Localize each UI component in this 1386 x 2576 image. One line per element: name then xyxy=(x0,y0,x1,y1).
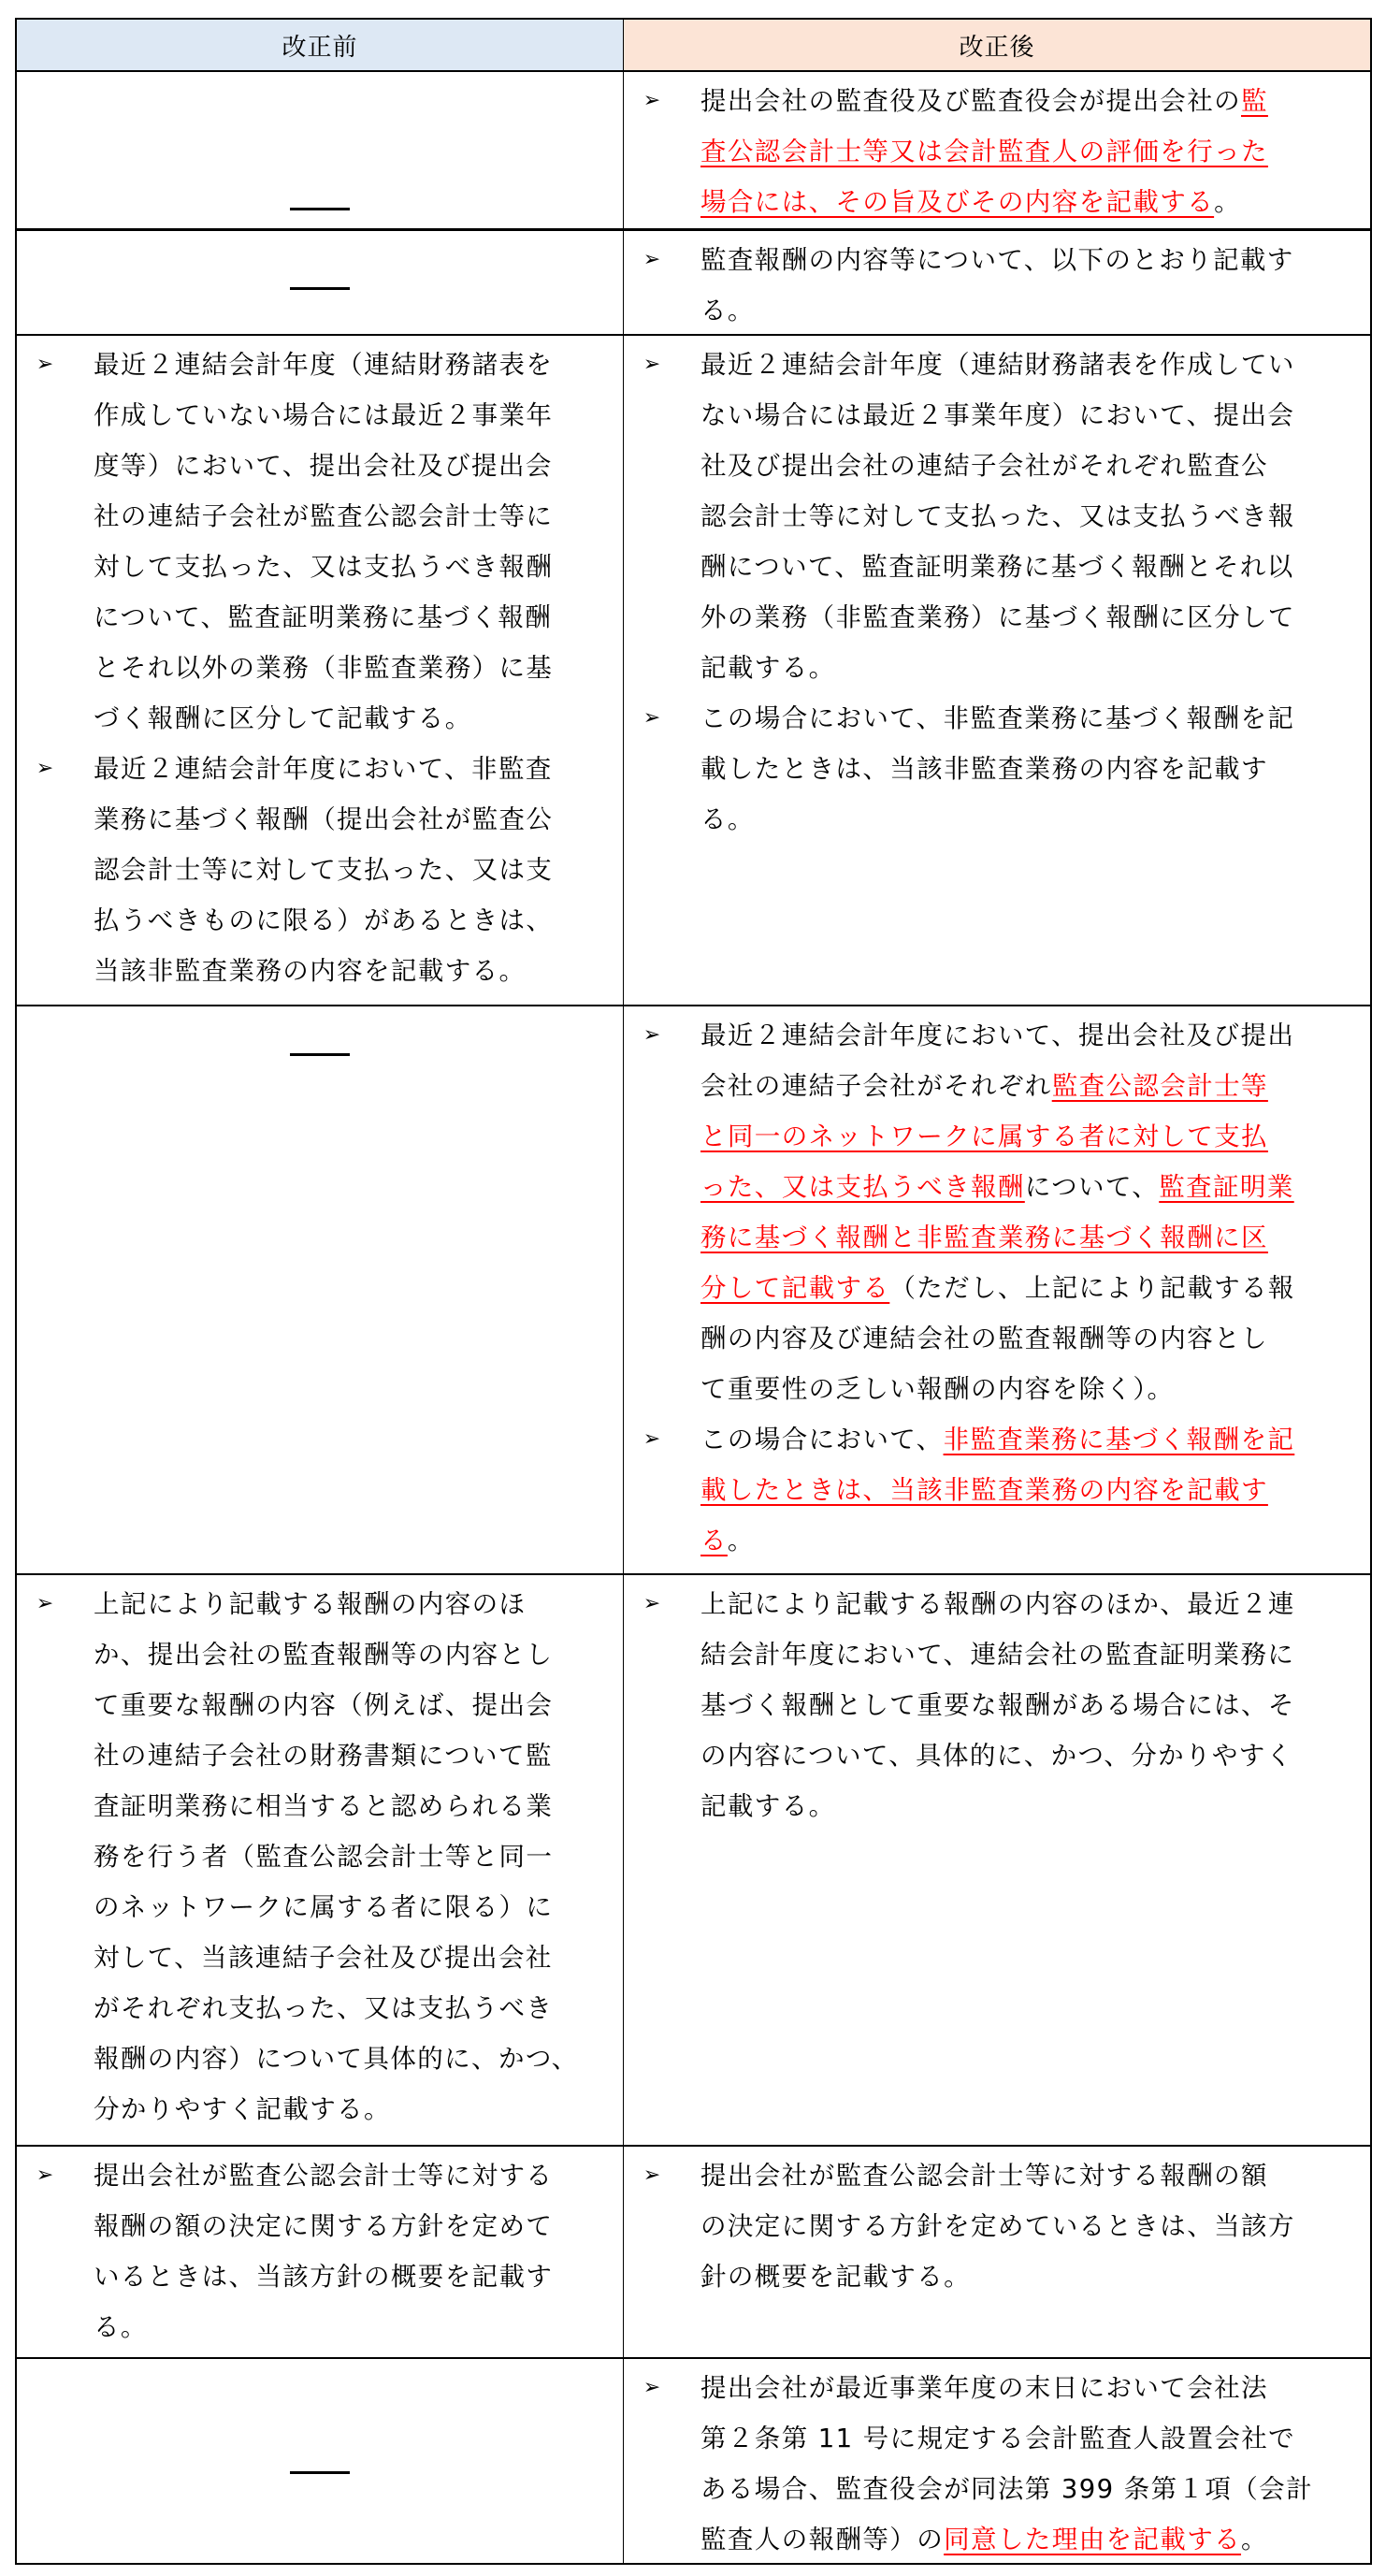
text-line: 対して、当該連結子会社及び提出会社 xyxy=(94,1932,614,1983)
not-applicable-dash xyxy=(290,208,350,210)
text-line: 載したときは、当該非監査業務の内容を記載す xyxy=(700,744,1361,794)
text-segment: 最近２連結会計年度において、非監査 xyxy=(94,754,553,784)
text-segment: 提出会社が最近事業年度の末日において会社法 xyxy=(700,2373,1268,2403)
cell-before: ➢提出会社が監査公認会計士等に対する報酬の額の決定に関する方針を定めているときは… xyxy=(17,2147,624,2357)
not-applicable-dash xyxy=(290,1053,350,1056)
arrow-bullet-icon: ➢ xyxy=(641,2150,663,2201)
text-segment: 務を行う者（監査公認会計士等と同一 xyxy=(94,1842,553,1872)
text-segment: 社の連結子会社の財務書類について監 xyxy=(94,1741,553,1771)
table-row: ➢上記により記載する報酬の内容のほか、提出会社の監査報酬等の内容として重要な報酬… xyxy=(17,1575,1370,2147)
text-line: 分かりやすく記載する。 xyxy=(94,2084,614,2135)
text-line: 報酬の内容）について具体的に、かつ、 xyxy=(94,2033,614,2084)
table-header-row: 改正前 改正後 xyxy=(17,20,1370,72)
table-row: ➢最近２連結会計年度において、提出会社及び提出会社の連結子会社がそれぞれ監査公認… xyxy=(17,1006,1370,1575)
highlighted-revision-text: 非監査業務に基づく報酬を記 xyxy=(944,1425,1295,1454)
comparison-table: 改正前 改正後 ➢提出会社の監査役及び監査役会が提出会社の監査公認会計士等又は会… xyxy=(15,18,1372,2565)
text-line: 認会計士等に対して支払った、又は支払うべき報 xyxy=(700,491,1361,542)
table-row: ➢提出会社が監査公認会計士等に対する報酬の額の決定に関する方針を定めているときは… xyxy=(17,2147,1370,2359)
cell-after: ➢監査報酬の内容等について、以下のとおり記載する。 xyxy=(624,231,1370,334)
text-line: る。 xyxy=(700,285,1361,336)
text-line: 社の連結子会社の財務書類について監 xyxy=(94,1730,614,1781)
highlighted-revision-text: 監査公認会計士等 xyxy=(1052,1071,1268,1101)
highlighted-revision-text: 監査証明業 xyxy=(1159,1172,1294,1202)
text-segment: 社の連結子会社が監査公認会計士等に xyxy=(94,501,553,531)
text-segment: 酬について、監査証明業務に基づく報酬とそれ以 xyxy=(700,552,1294,582)
text-line: 記載する。 xyxy=(700,643,1361,693)
text-segment: 報酬の額の決定に関する方針を定めて xyxy=(94,2211,553,2241)
text-segment: この場合において、 xyxy=(700,1425,944,1454)
text-line: 査証明業務に相当すると認められる業 xyxy=(94,1781,614,1831)
text-segment: 提出会社が監査公認会計士等に対する xyxy=(94,2161,553,2191)
text-line: 社及び提出会社の連結子会社がそれぞれ監査公 xyxy=(700,441,1361,491)
text-segment: いるときは、当該方針の概要を記載す xyxy=(94,2262,553,2292)
text-segment: づく報酬に区分して記載する。 xyxy=(94,703,472,733)
arrow-bullet-icon: ➢ xyxy=(641,235,663,285)
not-applicable-dash xyxy=(290,2471,350,2474)
text-line: 載したときは、当該非監査業務の内容を記載す xyxy=(700,1465,1361,1515)
text-line: 報酬の額の決定に関する方針を定めて xyxy=(94,2201,614,2251)
text-line: 提出会社が監査公認会計士等に対する xyxy=(94,2150,614,2201)
bullet-list: ➢最近２連結会計年度（連結財務諸表を作成していない場合には最近２事業年度）におい… xyxy=(624,336,1370,845)
text-segment: について、監査証明業務に基づく報酬 xyxy=(94,602,552,632)
cell-after: ➢提出会社の監査役及び監査役会が提出会社の監査公認会計士等又は会計監査人の評価を… xyxy=(624,72,1370,228)
arrow-bullet-icon: ➢ xyxy=(641,1579,663,1629)
cell-after: ➢最近２連結会計年度において、提出会社及び提出会社の連結子会社がそれぞれ監査公認… xyxy=(624,1006,1370,1573)
bullet-list: ➢上記により記載する報酬の内容のほか、最近２連結会計年度において、連結会社の監査… xyxy=(624,1575,1370,1831)
text-line: る。 xyxy=(700,794,1361,845)
text-line: 最近２連結会計年度（連結財務諸表を xyxy=(94,340,614,390)
text-line: 上記により記載する報酬の内容のほ xyxy=(94,1579,614,1629)
text-segment: 認会計士等に対して支払った、又は支 xyxy=(94,855,553,885)
arrow-bullet-icon: ➢ xyxy=(641,340,663,390)
text-segment: 当該非監査業務の内容を記載する。 xyxy=(94,956,526,986)
text-line: 務を行う者（監査公認会計士等と同一 xyxy=(94,1831,614,1882)
text-segment: 分かりやすく記載する。 xyxy=(94,2094,391,2124)
text-line: か、提出会社の監査報酬等の内容とし xyxy=(94,1629,614,1680)
bullet-list: ➢提出会社が最近事業年度の末日において会社法第２条第 11 号に規定する会計監査… xyxy=(624,2359,1370,2565)
text-segment: 会社の連結子会社がそれぞれ xyxy=(700,1071,1052,1101)
cell-before xyxy=(17,1006,624,1573)
text-segment: とそれ以外の業務（非監査業務）に基 xyxy=(94,653,553,683)
arrow-bullet-icon: ➢ xyxy=(641,1414,663,1465)
bullet-list: ➢提出会社が監査公認会計士等に対する報酬の額の決定に関する方針を定めているときは… xyxy=(17,2147,623,2352)
text-segment: 社及び提出会社の連結子会社がそれぞれ監査公 xyxy=(700,451,1268,481)
text-line: がそれぞれ支払った、又は支払うべき xyxy=(94,1983,614,2033)
list-item: ➢最近２連結会計年度において、提出会社及び提出会社の連結子会社がそれぞれ監査公認… xyxy=(624,1010,1370,1414)
text-line: 作成していない場合には最近２事業年 xyxy=(94,390,614,441)
text-line: 提出会社の監査役及び監査役会が提出会社の監 xyxy=(700,76,1361,126)
highlighted-revision-text: 場合には、その旨及びその内容を記載する xyxy=(700,187,1214,217)
text-line: 業務に基づく報酬（提出会社が監査公 xyxy=(94,794,614,845)
text-line: 対して支払った、又は支払うべき報酬 xyxy=(94,542,614,592)
text-segment: 提出会社が監査公認会計士等に対する報酬の額 xyxy=(700,2161,1268,2191)
arrow-bullet-icon: ➢ xyxy=(34,340,56,390)
text-segment: 監査人の報酬等）の xyxy=(700,2525,944,2554)
text-line: て重要な報酬の内容（例えば、提出会 xyxy=(94,1680,614,1730)
text-line: とそれ以外の業務（非監査業務）に基 xyxy=(94,643,614,693)
text-line: ない場合には最近２事業年度）において、提出会 xyxy=(700,390,1361,441)
bullet-list: ➢提出会社の監査役及び監査役会が提出会社の監査公認会計士等又は会計監査人の評価を… xyxy=(624,72,1370,227)
arrow-bullet-icon: ➢ xyxy=(34,744,56,794)
text-line: ある場合、監査役会が同法第 399 条第１項（会計 xyxy=(700,2464,1361,2514)
bullet-list: ➢最近２連結会計年度（連結財務諸表を作成していない場合には最近２事業年度等）にお… xyxy=(17,336,623,996)
text-line: 監査人の報酬等）の同意した理由を記載する。 xyxy=(700,2514,1361,2565)
text-line: 社の連結子会社が監査公認会計士等に xyxy=(94,491,614,542)
arrow-bullet-icon: ➢ xyxy=(34,1579,56,1629)
text-segment: （ただし、上記により記載する報 xyxy=(889,1273,1295,1303)
table-body: ➢提出会社の監査役及び監査役会が提出会社の監査公認会計士等又は会計監査人の評価を… xyxy=(17,72,1370,2565)
arrow-bullet-icon: ➢ xyxy=(641,693,663,744)
cell-before xyxy=(17,2359,624,2563)
text-line: 最近２連結会計年度において、提出会社及び提出 xyxy=(700,1010,1361,1061)
list-item: ➢監査報酬の内容等について、以下のとおり記載する。 xyxy=(624,235,1370,336)
text-segment: 針の概要を記載する。 xyxy=(700,2262,971,2292)
text-line: 提出会社が監査公認会計士等に対する報酬の額 xyxy=(700,2150,1361,2201)
highlighted-revision-text: った、又は支払うべき報酬 xyxy=(700,1172,1025,1202)
list-item: ➢提出会社が監査公認会計士等に対する報酬の額の決定に関する方針を定めているときは… xyxy=(624,2150,1370,2302)
arrow-bullet-icon: ➢ xyxy=(641,2363,663,2413)
highlighted-revision-text: 同意した理由を記載する xyxy=(944,2525,1241,2554)
text-line: 会社の連結子会社がそれぞれ監査公認会計士等 xyxy=(700,1061,1361,1111)
text-segment: 最近２連結会計年度（連結財務諸表を作成してい xyxy=(700,350,1295,380)
text-segment: 査証明業務に相当すると認められる業 xyxy=(94,1791,553,1821)
table-row: ➢最近２連結会計年度（連結財務諸表を作成していない場合には最近２事業年度等）にお… xyxy=(17,336,1370,1006)
header-after: 改正後 xyxy=(624,20,1370,70)
text-segment: がそれぞれ支払った、又は支払うべき xyxy=(94,1993,553,2023)
text-segment: 認会計士等に対して支払った、又は支払うべき報 xyxy=(700,501,1295,531)
cell-before: ➢上記により記載する報酬の内容のほか、提出会社の監査報酬等の内容として重要な報酬… xyxy=(17,1575,624,2145)
bullet-list: ➢監査報酬の内容等について、以下のとおり記載する。 xyxy=(624,231,1370,336)
text-line: 務に基づく報酬と非監査業務に基づく報酬に区 xyxy=(700,1212,1361,1263)
text-segment: る。 xyxy=(700,804,755,834)
cell-before xyxy=(17,72,624,228)
cell-after: ➢提出会社が監査公認会計士等に対する報酬の額の決定に関する方針を定めているときは… xyxy=(624,2147,1370,2357)
text-line: のネットワークに属する者に限る）に xyxy=(94,1882,614,1932)
text-line: 酬について、監査証明業務に基づく報酬とそれ以 xyxy=(700,542,1361,592)
text-line: 度等）において、提出会社及び提出会 xyxy=(94,441,614,491)
text-line: づく報酬に区分して記載する。 xyxy=(94,693,614,744)
highlighted-revision-text: 分して記載する xyxy=(700,1273,889,1303)
text-line: 当該非監査業務の内容を記載する。 xyxy=(94,946,614,996)
text-segment: か、提出会社の監査報酬等の内容とし xyxy=(94,1640,553,1670)
table-row: ➢監査報酬の内容等について、以下のとおり記載する。 xyxy=(17,231,1370,336)
list-item: ➢最近２連結会計年度（連結財務諸表を作成していない場合には最近２事業年度等）にお… xyxy=(17,340,623,744)
text-segment: 最近２連結会計年度において、提出会社及び提出 xyxy=(700,1020,1294,1050)
text-segment: て重要性の乏しい報酬の内容を除く）。 xyxy=(700,1374,1174,1404)
text-line: この場合において、非監査業務に基づく報酬を記 xyxy=(700,693,1361,744)
text-line: 分して記載する（ただし、上記により記載する報 xyxy=(700,1263,1361,1313)
text-segment: の決定に関する方針を定めているときは、当該方 xyxy=(700,2211,1295,2241)
bullet-list: ➢提出会社が監査公認会計士等に対する報酬の額の決定に関する方針を定めているときは… xyxy=(624,2147,1370,2302)
highlighted-revision-text: 監 xyxy=(1241,86,1268,116)
text-line: て重要性の乏しい報酬の内容を除く）。 xyxy=(700,1364,1361,1414)
text-segment: る。 xyxy=(94,2312,148,2342)
cell-after: ➢提出会社が最近事業年度の末日において会社法第２条第 11 号に規定する会計監査… xyxy=(624,2359,1370,2563)
text-segment: 載したときは、当該非監査業務の内容を記載す xyxy=(700,754,1268,784)
highlighted-revision-text: 査公認会計士等又は会計監査人の評価を行った xyxy=(700,137,1268,166)
text-segment: ない場合には最近２事業年度）において、提出会 xyxy=(700,400,1294,430)
text-line: 場合には、その旨及びその内容を記載する。 xyxy=(700,177,1361,227)
header-before: 改正前 xyxy=(17,20,624,70)
text-line: 結会計年度において、連結会社の監査証明業務に xyxy=(700,1629,1361,1680)
not-applicable-dash xyxy=(290,287,350,290)
text-segment: て重要な報酬の内容（例えば、提出会 xyxy=(94,1690,553,1720)
cell-before: ➢最近２連結会計年度（連結財務諸表を作成していない場合には最近２事業年度等）にお… xyxy=(17,336,624,1005)
text-segment: 業務に基づく報酬（提出会社が監査公 xyxy=(94,804,553,834)
text-line: 認会計士等に対して支払った、又は支 xyxy=(94,845,614,895)
text-segment: のネットワークに属する者に限る）に xyxy=(94,1892,553,1922)
text-segment: について、 xyxy=(1025,1172,1159,1202)
text-segment: 提出会社の監査役及び監査役会が提出会社の xyxy=(700,86,1241,116)
text-segment: 記載する。 xyxy=(700,1791,836,1821)
table-row: ➢提出会社の監査役及び監査役会が提出会社の監査公認会計士等又は会計監査人の評価を… xyxy=(17,72,1370,231)
text-segment: 酬の内容及び連結会社の監査報酬等の内容とし xyxy=(700,1324,1268,1353)
text-segment: る。 xyxy=(700,296,755,326)
list-item: ➢提出会社が監査公認会計士等に対する報酬の額の決定に関する方針を定めているときは… xyxy=(17,2150,623,2352)
cell-before xyxy=(17,231,624,334)
cell-after: ➢最近２連結会計年度（連結財務諸表を作成していない場合には最近２事業年度）におい… xyxy=(624,336,1370,1005)
highlighted-revision-text: 務に基づく報酬と非監査業務に基づく報酬に区 xyxy=(700,1223,1268,1252)
bullet-list: ➢上記により記載する報酬の内容のほか、提出会社の監査報酬等の内容として重要な報酬… xyxy=(17,1575,623,2135)
text-line: 提出会社が最近事業年度の末日において会社法 xyxy=(700,2363,1361,2413)
text-line: 外の業務（非監査業務）に基づく報酬に区分して xyxy=(700,592,1361,643)
list-item: ➢提出会社の監査役及び監査役会が提出会社の監査公認会計士等又は会計監査人の評価を… xyxy=(624,76,1370,227)
text-line: 酬の内容及び連結会社の監査報酬等の内容とし xyxy=(700,1313,1361,1364)
list-item: ➢提出会社が最近事業年度の末日において会社法第２条第 11 号に規定する会計監査… xyxy=(624,2363,1370,2565)
list-item: ➢この場合において、非監査業務に基づく報酬を記載したときは、当該非監査業務の内容… xyxy=(624,1414,1370,1566)
highlighted-revision-text: と同一のネットワークに属する者に対して支払 xyxy=(700,1122,1268,1151)
text-segment: 。 xyxy=(1241,2525,1268,2554)
text-segment: 対して支払った、又は支払うべき報酬 xyxy=(94,552,553,582)
list-item: ➢上記により記載する報酬の内容のほか、提出会社の監査報酬等の内容として重要な報酬… xyxy=(17,1579,623,2135)
arrow-bullet-icon: ➢ xyxy=(641,1010,663,1061)
text-line: いるときは、当該方針の概要を記載す xyxy=(94,2251,614,2302)
arrow-bullet-icon: ➢ xyxy=(34,2150,56,2201)
header-before-label: 改正前 xyxy=(282,28,357,63)
cell-after: ➢上記により記載する報酬の内容のほか、最近２連結会計年度において、連結会社の監査… xyxy=(624,1575,1370,2145)
text-segment: 上記により記載する報酬の内容のほか、最近２連 xyxy=(700,1589,1295,1619)
text-line: の決定に関する方針を定めているときは、当該方 xyxy=(700,2201,1361,2251)
text-line: 最近２連結会計年度（連結財務諸表を作成してい xyxy=(700,340,1361,390)
text-line: 最近２連結会計年度において、非監査 xyxy=(94,744,614,794)
text-line: る。 xyxy=(94,2302,614,2352)
text-segment: この場合において、非監査業務に基づく報酬を記 xyxy=(700,703,1294,733)
text-segment: 監査報酬の内容等について、以下のとおり記載す xyxy=(700,245,1294,275)
list-item: ➢この場合において、非監査業務に基づく報酬を記載したときは、当該非監査業務の内容… xyxy=(624,693,1370,845)
text-line: 基づく報酬として重要な報酬がある場合には、そ xyxy=(700,1680,1361,1730)
arrow-bullet-icon: ➢ xyxy=(641,76,663,126)
list-item: ➢最近２連結会計年度において、非監査業務に基づく報酬（提出会社が監査公認会計士等… xyxy=(17,744,623,996)
text-segment: 最近２連結会計年度（連結財務諸表を xyxy=(94,350,553,380)
text-segment: の内容について、具体的に、かつ、分かりやすく xyxy=(700,1741,1293,1771)
text-segment: ある場合、監査役会が同法第 399 条第１項（会計 xyxy=(700,2474,1313,2504)
text-segment: 度等）において、提出会社及び提出会 xyxy=(94,451,553,481)
text-segment: 払うべきものに限る）があるときは、 xyxy=(94,905,553,935)
text-segment: 報酬の内容）について具体的に、かつ、 xyxy=(94,2044,579,2074)
text-segment: 。 xyxy=(728,1526,755,1556)
text-line: この場合において、非監査業務に基づく報酬を記 xyxy=(700,1414,1361,1465)
text-line: 第２条第 11 号に規定する会計監査人設置会社で xyxy=(700,2413,1361,2464)
text-line: 記載する。 xyxy=(700,1781,1361,1831)
text-line: について、監査証明業務に基づく報酬 xyxy=(94,592,614,643)
bullet-list: ➢最近２連結会計年度において、提出会社及び提出会社の連結子会社がそれぞれ監査公認… xyxy=(624,1006,1370,1566)
text-line: の内容について、具体的に、かつ、分かりやすく xyxy=(700,1730,1361,1781)
text-line: 査公認会計士等又は会計監査人の評価を行った xyxy=(700,126,1361,177)
text-segment: 作成していない場合には最近２事業年 xyxy=(94,400,553,430)
text-line: った、又は支払うべき報酬について、監査証明業 xyxy=(700,1162,1361,1212)
text-line: 上記により記載する報酬の内容のほか、最近２連 xyxy=(700,1579,1361,1629)
highlighted-revision-text: 載したときは、当該非監査業務の内容を記載す xyxy=(700,1475,1268,1505)
text-segment: 。 xyxy=(1214,187,1241,217)
text-line: と同一のネットワークに属する者に対して支払 xyxy=(700,1111,1361,1162)
text-segment: 結会計年度において、連結会社の監査証明業務に xyxy=(700,1640,1294,1670)
text-segment: 外の業務（非監査業務）に基づく報酬に区分して xyxy=(700,602,1295,632)
text-line: 監査報酬の内容等について、以下のとおり記載す xyxy=(700,235,1361,285)
highlighted-revision-text: る xyxy=(700,1526,728,1556)
text-line: る。 xyxy=(700,1515,1361,1566)
text-segment: 上記により記載する報酬の内容のほ xyxy=(94,1589,526,1619)
text-segment: 基づく報酬として重要な報酬がある場合には、そ xyxy=(700,1690,1295,1720)
list-item: ➢最近２連結会計年度（連結財務諸表を作成していない場合には最近２事業年度）におい… xyxy=(624,340,1370,693)
text-segment: 対して、当該連結子会社及び提出会社 xyxy=(94,1943,553,1973)
table-row: ➢提出会社が最近事業年度の末日において会社法第２条第 11 号に規定する会計監査… xyxy=(17,2359,1370,2565)
header-after-label: 改正後 xyxy=(959,28,1034,63)
text-segment: 記載する。 xyxy=(700,653,836,683)
text-line: 針の概要を記載する。 xyxy=(700,2251,1361,2302)
text-segment: 第２条第 11 号に規定する会計監査人設置会社で xyxy=(700,2424,1295,2453)
list-item: ➢上記により記載する報酬の内容のほか、最近２連結会計年度において、連結会社の監査… xyxy=(624,1579,1370,1831)
text-line: 払うべきものに限る）があるときは、 xyxy=(94,895,614,946)
